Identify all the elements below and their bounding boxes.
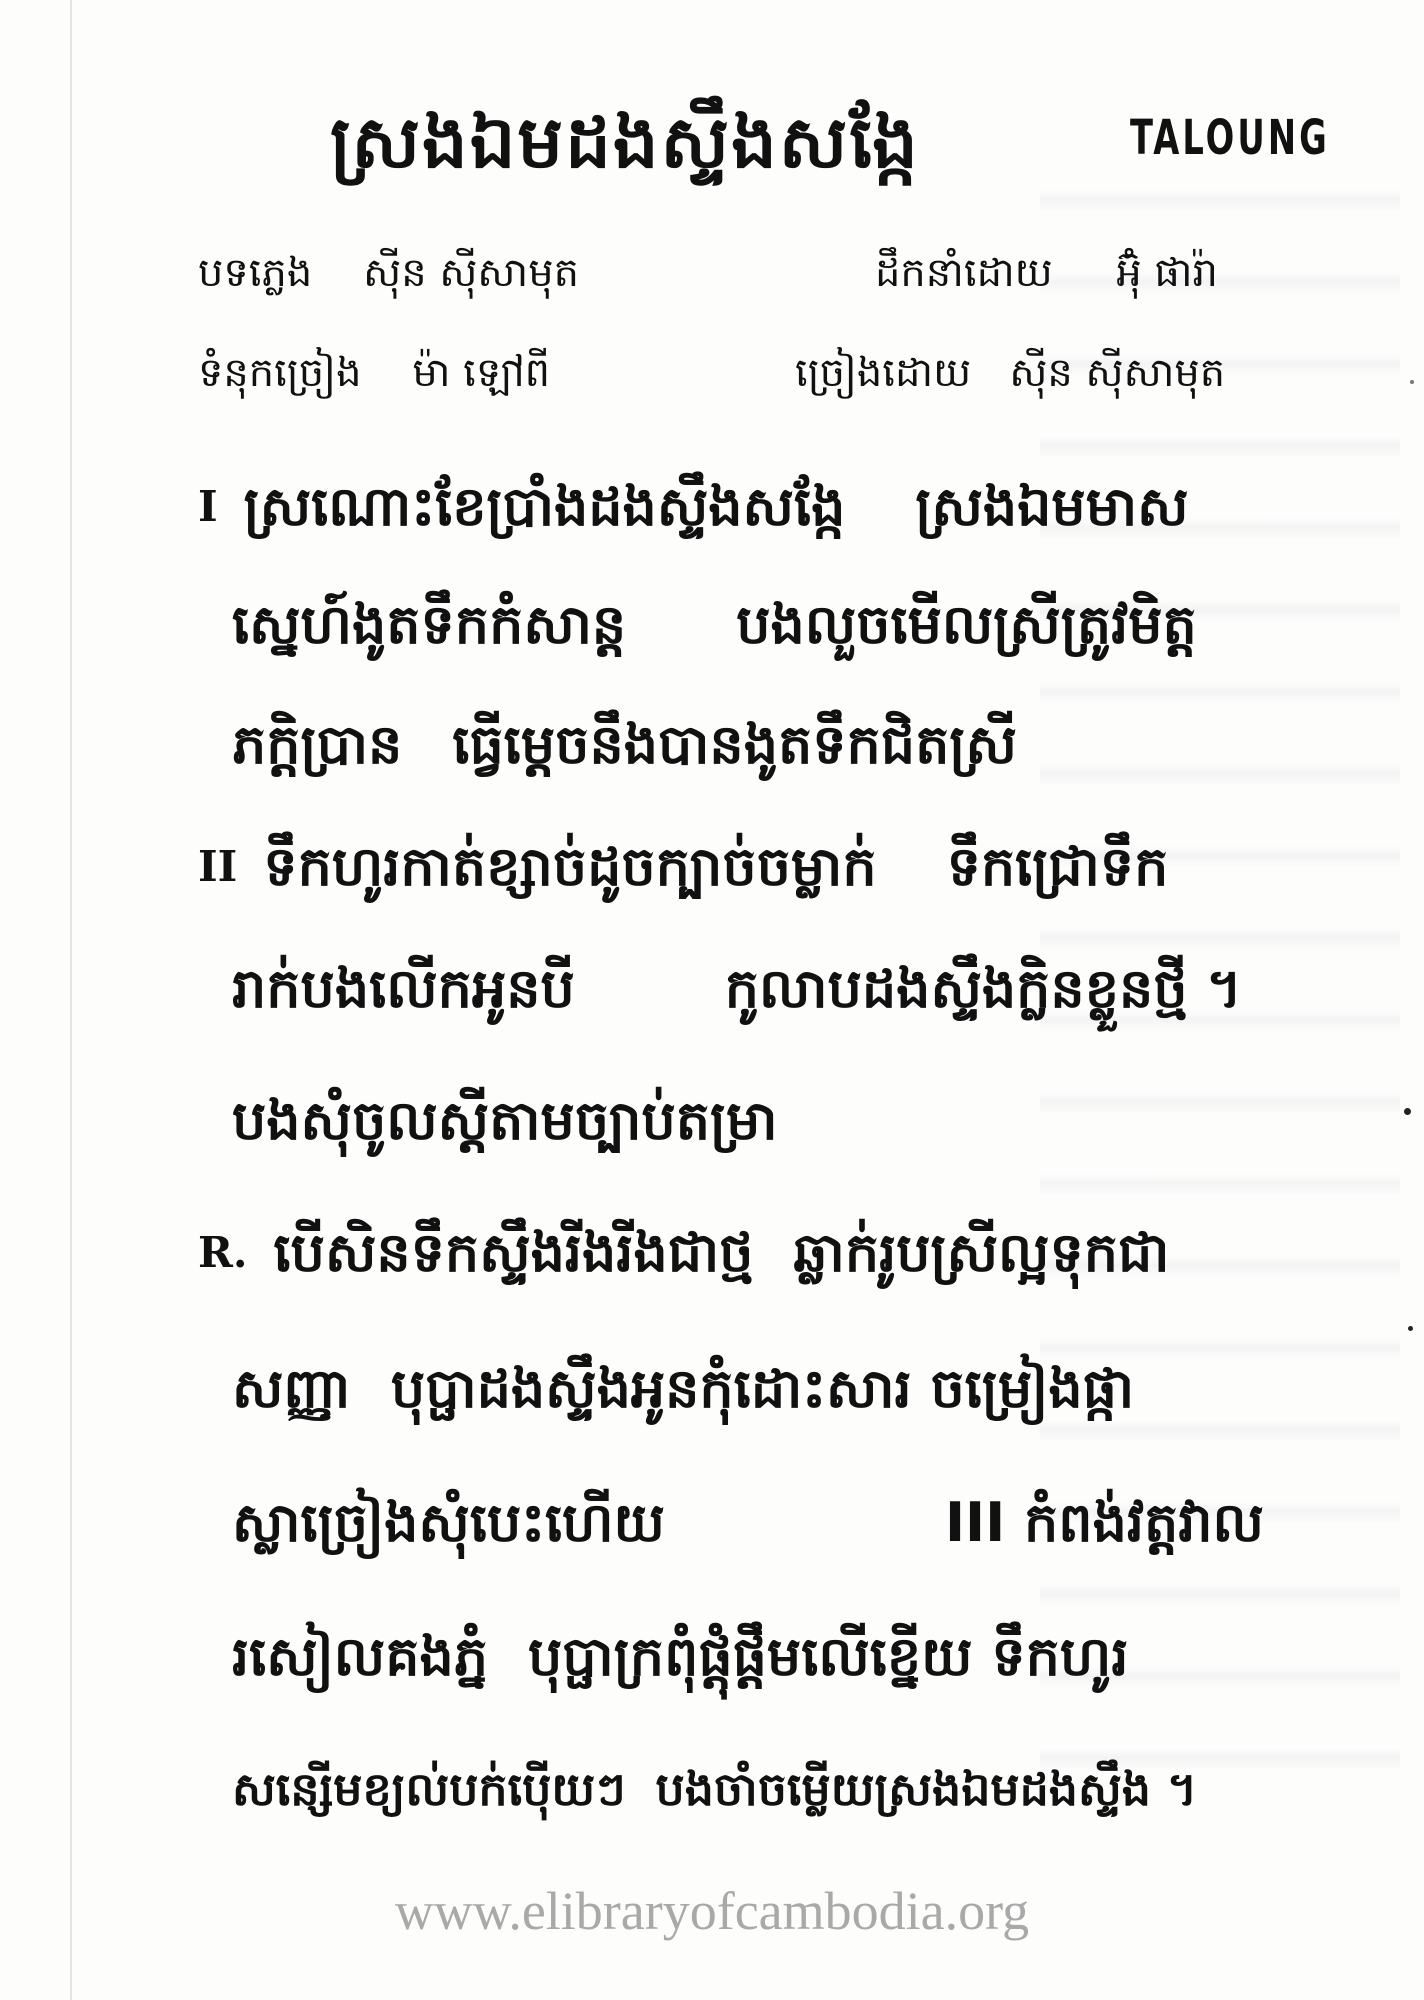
lyric-line: ស្នេហ៍ងូតទឹកកំសាន្តបងលួចមើលស្រីត្រូវមិត្… — [232, 580, 1197, 670]
lyric-line: រសៀលគងភ្នំបុប្ផាក្រពុំផ្ដុំផ្ដឹមលើខ្នើយ … — [232, 1612, 1129, 1702]
scan-speck — [1404, 1108, 1411, 1115]
credit-singer-name: ស៊ីន ស៊ីសាមុត — [1009, 350, 1225, 396]
lyric-line: រាក់បងលើកអូនបីកូលាបដងស្ទឹងក្លិនខ្លួនថ្មី… — [232, 944, 1242, 1034]
credit-conductor: ដឹកនាំដោយ អ៊ុំ ផារ៉ា — [875, 243, 1218, 303]
lyric-line: R.បើសិនទឹកស្ទឹងរីងរីងជាថ្មឆ្លាក់រូបស្រីល… — [198, 1208, 1169, 1298]
refrain-marker: R. — [198, 1228, 248, 1277]
credit-singer-label: ច្រៀងដោយ — [795, 350, 971, 396]
credit-music-name: ស៊ីន ស៊ីសាមុត — [363, 250, 579, 296]
credit-conductor-label: ដឹកនាំដោយ — [875, 250, 1053, 296]
lyric-line: ភក្តិប្រានធ្វើម្តេចនឹងបានងូតទឹកជិតស្រី — [232, 700, 1017, 790]
lyric-line: Iស្រណោះខែប្រាំងដងស្ទឹងសង្កែស្រងឯមមាស — [198, 462, 1189, 552]
credit-singer: ច្រៀងដោយ ស៊ីន ស៊ីសាមុត — [795, 343, 1225, 403]
scan-speck — [1408, 1326, 1413, 1331]
verse-marker-iii: III កំពង់វត្តវាល — [945, 1491, 1264, 1554]
credit-conductor-name: អ៊ុំ ផារ៉ា — [1116, 250, 1218, 296]
rhythm-tag: TALOUNG — [1130, 110, 1330, 166]
watermark: www.elibraryofcambodia.org — [0, 1880, 1424, 1942]
lyric-line: បងសុំចូលស្តីតាមច្បាប់តម្រា — [232, 1076, 778, 1166]
lyric-line: សញ្ញាបុប្ផាដងស្ទឹងអូនកុំដោះសារ ចម្រៀងផ្ក… — [232, 1344, 1134, 1434]
verse-marker: II — [198, 842, 237, 891]
lyric-line: ស្លាច្រៀងសុំបេះហើយIII កំពង់វត្តវាល — [232, 1478, 1264, 1568]
lyric-line: IIទឹកហូរកាត់ខ្សាច់ដូចក្បាច់ចម្លាក់ទឹកជ្រ… — [198, 822, 1168, 912]
credit-music: បទភ្លេង ស៊ីន ស៊ីសាមុត — [198, 243, 579, 303]
credit-lyrics: ទំនុកច្រៀង ម៉ា ឡៅពី — [198, 343, 550, 403]
scan-speck — [1410, 380, 1414, 384]
lyric-line: សន្សើមខ្យល់បក់ប៉ើយៗបងចាំចម្លើយស្រងឯមដងស្… — [232, 1744, 1197, 1834]
scanned-page: ស្រងឯមដងស្ទឹងសង្កែ TALOUNG បទភ្លេង ស៊ីន … — [0, 0, 1424, 2000]
title-row: ស្រងឯមដងស្ទឹងសង្កែ TALOUNG — [330, 92, 1330, 192]
page-edge-shadow — [70, 0, 72, 2000]
credit-lyrics-name: ម៉ា ឡៅពី — [412, 350, 550, 396]
credit-lyrics-label: ទំនុកច្រៀង — [198, 350, 361, 396]
credit-music-label: បទភ្លេង — [198, 250, 312, 296]
song-title: ស្រងឯមដងស្ទឹងសង្កែ — [330, 92, 920, 192]
verse-marker: I — [198, 482, 218, 531]
